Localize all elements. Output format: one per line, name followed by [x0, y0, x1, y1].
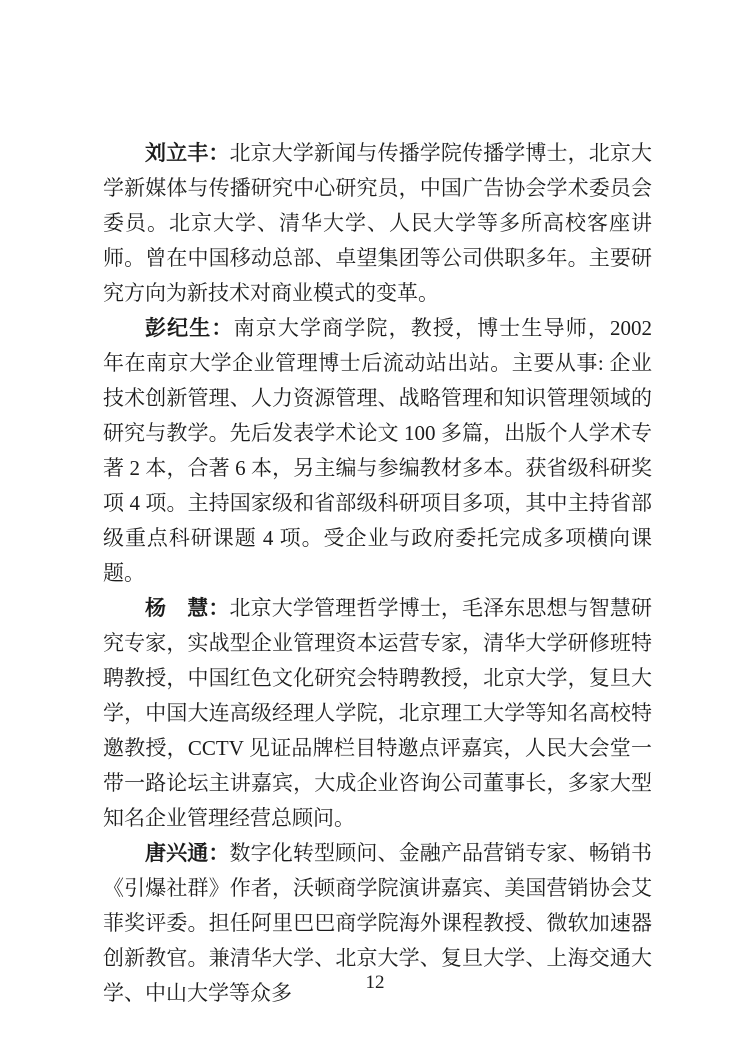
person-name: 杨 慧： — [145, 596, 230, 620]
bio-text: 北京大学新闻与传播学院传播学博士，北京大学新媒体与传播研究中心研究员，中国广告协… — [103, 141, 652, 305]
bio-paragraph: 杨 慧：北京大学管理哲学博士，毛泽东思想与智慧研究专家，实战型企业管理资本运营专… — [103, 591, 652, 836]
person-name: 唐兴通： — [145, 841, 230, 865]
bio-text: 北京大学管理哲学博士，毛泽东思想与智慧研究专家，实战型企业管理资本运营专家，清华… — [103, 596, 652, 830]
biography-section: 刘立丰：北京大学新闻与传播学院传播学博士，北京大学新媒体与传播研究中心研究员，中… — [103, 136, 652, 1011]
bio-text: 南京大学商学院，教授，博士生导师，2002 年在南京大学企业管理博士后流动站出站… — [103, 316, 652, 585]
document-page: 刘立丰：北京大学新闻与传播学院传播学博士，北京大学新媒体与传播研究中心研究员，中… — [0, 0, 750, 1060]
person-name: 彭纪生： — [145, 316, 234, 340]
person-name: 刘立丰： — [145, 141, 230, 165]
bio-paragraph: 刘立丰：北京大学新闻与传播学院传播学博士，北京大学新媒体与传播研究中心研究员，中… — [103, 136, 652, 311]
bio-paragraph: 彭纪生：南京大学商学院，教授，博士生导师，2002 年在南京大学企业管理博士后流… — [103, 311, 652, 591]
page-number: 12 — [0, 968, 750, 998]
